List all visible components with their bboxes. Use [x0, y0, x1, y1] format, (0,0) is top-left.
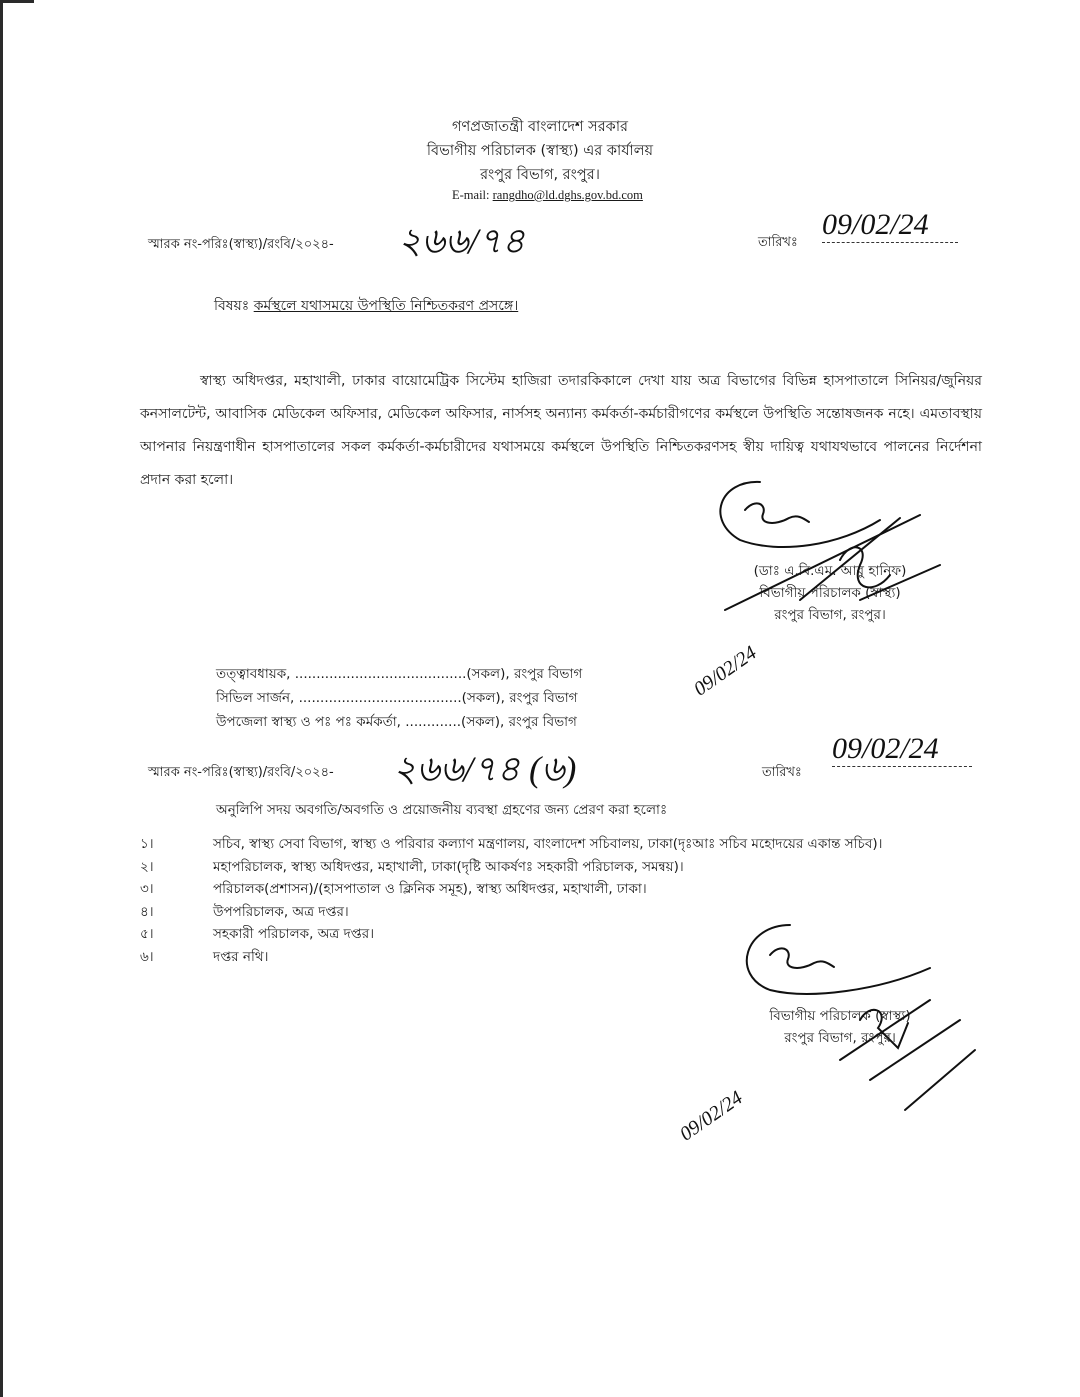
copy-item-text: উপপরিচালক, অত্র দপ্তর। [213, 901, 349, 924]
email-link[interactable]: rangdho@ld.dghs.gov.bd.com [493, 188, 643, 202]
copy-item-number: ২। [140, 856, 213, 879]
signer-office: রংপুর বিভাগ, রংপুর। [700, 604, 960, 626]
copy-list: ১।সচিব, স্বাস্থ্য সেবা বিভাগ, স্বাস্থ্য … [140, 833, 882, 968]
copy-item: ৩।পরিচালক(প্রশাসন)/(হাসপাতাল ও ক্লিনিক স… [140, 878, 882, 901]
copy-item: ২।মহাপরিচালক, স্বাস্থ্য অধিদপ্তর, মহাখাল… [140, 856, 882, 879]
memo1-ref-handwritten: ২৬৬/৭৪ [398, 214, 525, 274]
memo1-ref-label: স্মারক নং-পরিঃ(স্বাস্থ্য)/রংবি/২০২৪- [148, 235, 334, 256]
email-line: E-mail: rangdho@ld.dghs.gov.bd.com [452, 188, 643, 203]
copy-item: ৬।দপ্তর নথি। [140, 946, 882, 969]
copy-item-number: ৩। [140, 878, 213, 901]
copy-item-number: ৪। [140, 901, 213, 924]
scan-edge-left [0, 0, 3, 1397]
memo2-ref-label: স্মারক নং-পরিঃ(স্বাস্থ্য)/রংবি/২০২৪- [148, 763, 334, 784]
copy-item: ১।সচিব, স্বাস্থ্য সেবা বিভাগ, স্বাস্থ্য … [140, 833, 882, 856]
signer-designation: বিভাগীয় পরিচালক (স্বাস্থ্য) [700, 582, 960, 604]
copy-item-text: পরিচালক(প্রশাসন)/(হাসপাতাল ও ক্লিনিক সমূ… [213, 878, 647, 901]
initial-date-2: 09/02/24 [676, 1087, 747, 1147]
copy-item-number: ১। [140, 833, 213, 856]
copy-item: ৪।উপপরিচালক, অত্র দপ্তর। [140, 901, 882, 924]
copy-item-text: মহাপরিচালক, স্বাস্থ্য অধিদপ্তর, মহাখালী,… [213, 856, 684, 879]
signature-block-1: (ডাঃ এ.বি.এম. আবু হানিফ) বিভাগীয় পরিচাল… [700, 560, 960, 626]
recipient-item: তত্ত্বাবধায়ক, .........................… [216, 662, 582, 686]
copy-item-text: দপ্তর নথি। [213, 946, 268, 969]
memo2-date-label: তারিখঃ [762, 763, 802, 784]
copy-item: ৫।সহকারী পরিচালক, অত্র দপ্তর। [140, 923, 882, 946]
copy-item-text: সহকারী পরিচালক, অত্র দপ্তর। [213, 923, 374, 946]
recipient-item: উপজেলা স্বাস্থ্য ও পঃ পঃ কর্মকর্তা, ....… [216, 710, 582, 734]
copy-item-number: ৬। [140, 946, 213, 969]
signer-office: রংপুর বিভাগ, রংপুর। [725, 1027, 955, 1049]
memo2-date-handwritten: 09/02/24 [832, 732, 972, 767]
signature-block-2: বিভাগীয় পরিচালক (স্বাস্থ্য) রংপুর বিভাগ… [725, 1005, 955, 1049]
copy-intro: অনুলিপি সদয় অবগতি/অবগতি ও প্রয়োজনীয় ব… [216, 799, 667, 822]
memo1-date-label: তারিখঃ [758, 233, 798, 254]
signer-designation: বিভাগীয় পরিচালক (স্বাস্থ্য) [725, 1005, 955, 1027]
copy-item-text: সচিব, স্বাস্থ্য সেবা বিভাগ, স্বাস্থ্য ও … [213, 833, 882, 856]
email-label: E-mail: [452, 188, 493, 202]
copy-item-number: ৫। [140, 923, 213, 946]
recipient-item: সিভিল সার্জন, ..........................… [216, 686, 582, 710]
initial-date-1: 09/02/24 [690, 642, 761, 702]
subject-label: বিষয়ঃ [214, 298, 254, 314]
office-location: রংপুর বিভাগ, রংপুর। [0, 164, 1080, 186]
memo1-date-handwritten: 09/02/24 [822, 208, 958, 243]
signer-name: (ডাঃ এ.বি.এম. আবু হানিফ) [700, 560, 960, 582]
scan-edge-top [0, 0, 34, 3]
recipients-list: তত্ত্বাবধায়ক, .........................… [216, 662, 582, 734]
govt-name: গণপ্রজাতন্ত্রী বাংলাদেশ সরকার [0, 116, 1080, 138]
memo2-ref-handwritten: ২৬৬/৭৪ (৬) [393, 742, 576, 802]
office-name: বিভাগীয় পরিচালক (স্বাস্থ্য) এর কার্যালয… [0, 140, 1080, 162]
subject-line: বিষয়ঃ কর্মস্থলে যথাসময়ে উপস্থিতি নিশ্চ… [214, 294, 518, 318]
subject-text: কর্মস্থলে যথাসময়ে উপস্থিতি নিশ্চিতকরণ প… [254, 298, 519, 314]
body-paragraph: স্বাস্থ্য অধিদপ্তর, মহাখালী, ঢাকার বায়ো… [140, 365, 982, 497]
body-text: স্বাস্থ্য অধিদপ্তর, মহাখালী, ঢাকার বায়ো… [140, 365, 982, 497]
